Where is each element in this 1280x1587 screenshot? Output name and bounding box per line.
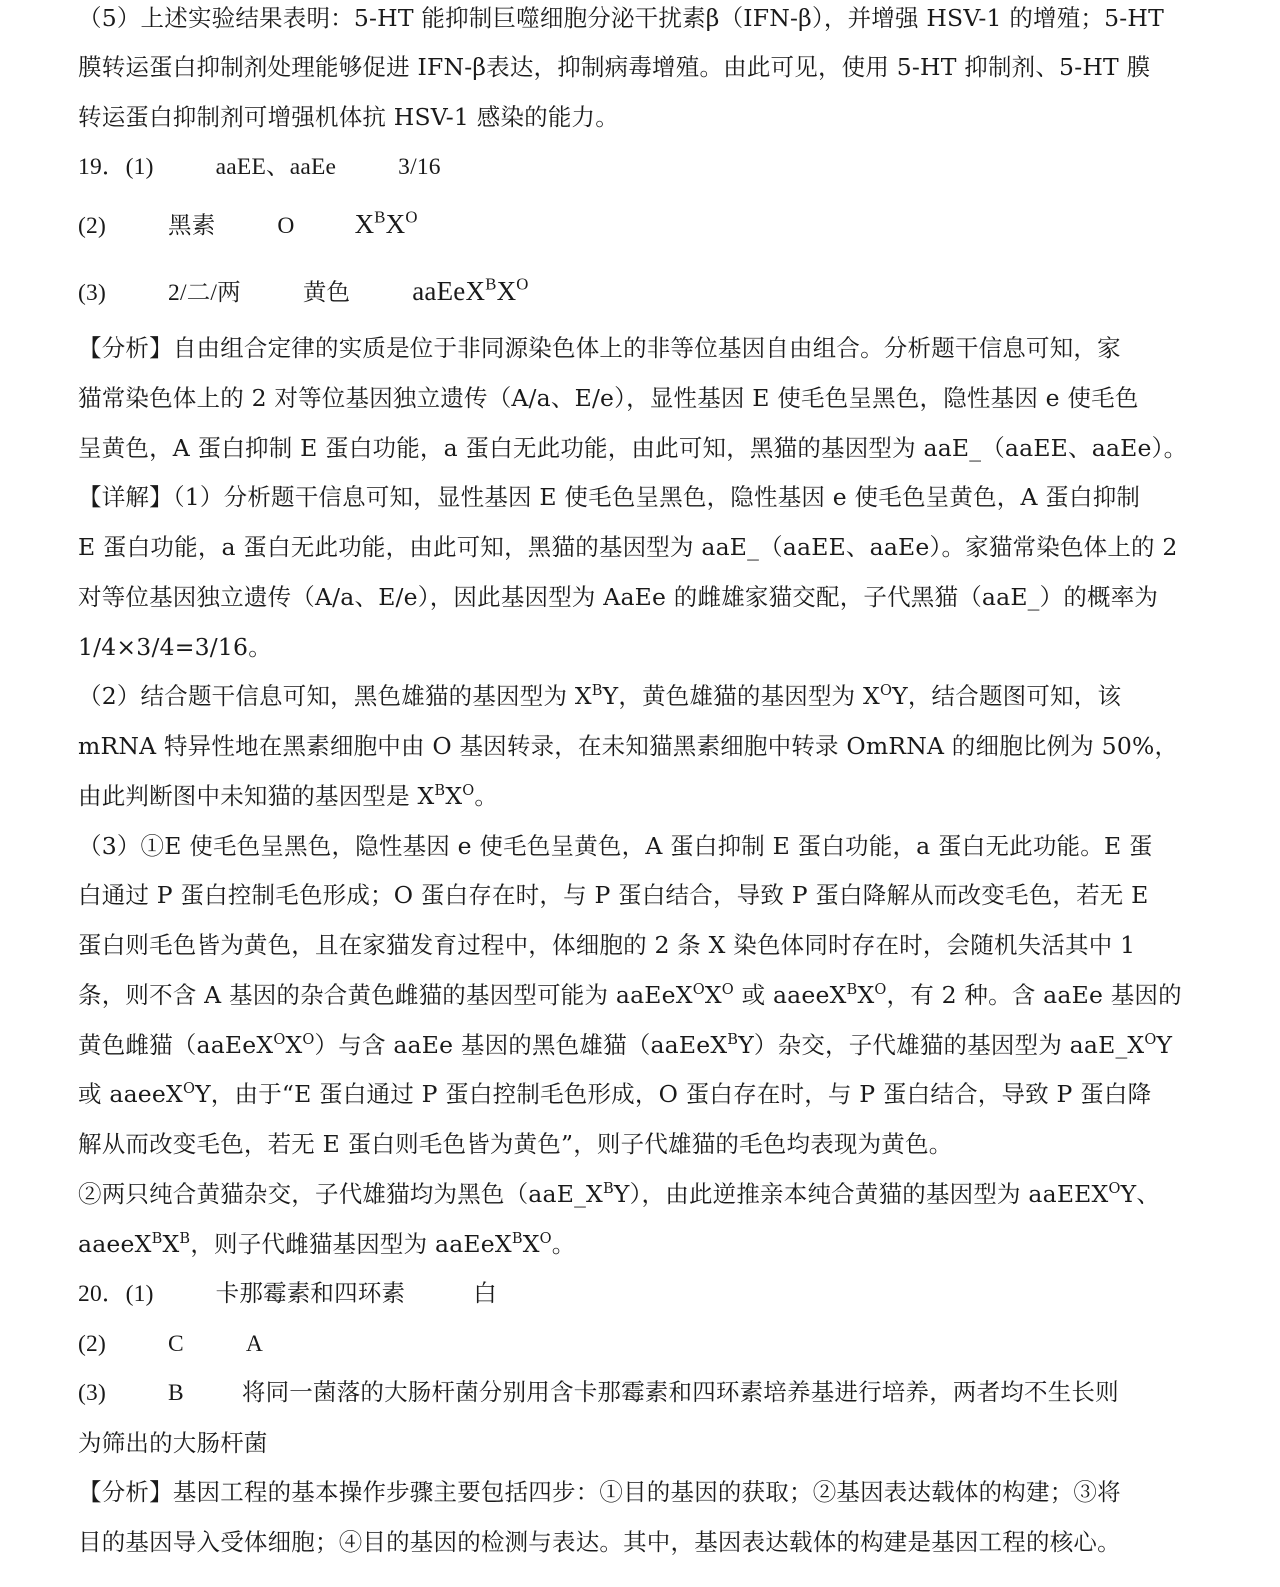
q19-detail-line-4: 1/4×3/4=3/16。 [78, 632, 1190, 662]
q19-1-ans-1: aaEE、aaEe [216, 154, 337, 180]
q19-detail-p2-line-2: mRNA 特异性地在黑素细胞中由 O 基因转录，在未知猫黑素细胞中转录 OmRN… [78, 731, 1190, 761]
q19-3-label: (3) [78, 280, 106, 306]
q19-detail-p3-line-5: 黄色雌猫（aaEeXOXO）与含 aaEe 基因的黑色雄猫（aaEeXBY）杂交… [78, 1030, 1190, 1060]
q19-detail-p3-line-6: 或 aaeeXOY，由于“E 蛋白通过 P 蛋白控制毛色形成，O 蛋白存在时，与… [78, 1079, 1190, 1109]
q19-detail-p3-line-7: 解从而改变毛色，若无 E 蛋白则毛色皆为黄色”，则子代雄猫的毛色均表现为黄色。 [78, 1129, 1190, 1159]
q19-detail-p4-line-2: aaeeXBXB，则子代雌猫基因型为 aaEeXBXO。 [78, 1229, 1190, 1259]
q20-answer-3-cont: 为筛出的大肠杆菌 [78, 1428, 1190, 1458]
document-page: （5）上述实验结果表明：5-HT 能抑制巨噬细胞分泌干扰素β（IFN-β），并增… [0, 0, 1280, 1587]
q19-detail-p3-line-4: 条，则不含 A 基因的杂合黄色雌猫的基因型可能为 aaEeXOXO 或 aaee… [78, 980, 1190, 1010]
q19-detail-line-2: E 蛋白功能，a 蛋白无此功能，由此可知，黑猫的基因型为 aaE_（aaEE、a… [78, 532, 1190, 562]
q19-analysis-line-2: 猫常染色体上的 2 对等位基因独立遗传（A/a、E/e），显性基因 E 使毛色呈… [78, 383, 1190, 413]
q19-3-ans-1: 2/二/两 [168, 280, 241, 306]
q20-answer-3: (3)B将同一菌落的大肠杆菌分别用含卡那霉素和四环素培养基进行培养，两者均不生长… [78, 1378, 1190, 1408]
q19-answer-3: (3)2/二/两黄色aaEeXBXO [78, 276, 1190, 308]
q19-2-label: (2) [78, 213, 106, 239]
q19-analysis-line-1: 【分析】自由组合定律的实质是位于非同源染色体上的非等位基因自由组合。分析题干信息… [78, 333, 1190, 363]
q19-answer-1: 19．(1)aaEE、aaEe3/16 [78, 152, 1190, 182]
q19-detail-p3-line-2: 白通过 P 蛋白控制毛色形成；O 蛋白存在时，与 P 蛋白结合，导致 P 蛋白降… [78, 880, 1190, 910]
q19-number: 19． [78, 154, 126, 180]
q19-analysis-line-3: 呈黄色，A 蛋白抑制 E 蛋白功能，a 蛋白无此功能，由此可知，黑猫的基因型为 … [78, 433, 1190, 463]
q19-3-genotype: aaEeXBXO [412, 276, 528, 306]
q19-detail-p3-line-1: （3）①E 使毛色呈黑色，隐性基因 e 使毛色呈黄色，A 蛋白抑制 E 蛋白功能… [78, 831, 1190, 861]
q19-detail-p2-line-1: （2）结合题干信息可知，黑色雄猫的基因型为 XBY，黄色雄猫的基因型为 XOY，… [78, 681, 1190, 711]
q19-2-ans-2: O [277, 213, 294, 239]
q20-analysis-line-2: 目的基因导入受体细胞；④目的基因的检测与表达。其中，基因表达载体的构建是基因工程… [78, 1527, 1190, 1557]
detail-tag: 【详解】 [78, 483, 173, 511]
q20-analysis-line-1: 【分析】基因工程的基本操作步骤主要包括四步：①目的基因的获取；②基因表达载体的构… [78, 1477, 1190, 1507]
q18-5-line-1: （5）上述实验结果表明：5-HT 能抑制巨噬细胞分泌干扰素β（IFN-β），并增… [78, 3, 1190, 33]
q19-3-ans-2: 黄色 [303, 280, 350, 306]
analysis-tag: 【分析】 [78, 334, 173, 362]
q19-2-ans-1: 黑素 [168, 213, 215, 239]
q19-answer-2: (2)黑素OXBXO [78, 209, 1190, 241]
q20-number: 20． [78, 1281, 126, 1307]
q19-detail-p3-line-3: 蛋白则毛色皆为黄色，且在家猫发育过程中，体细胞的 2 条 X 染色体同时存在时，… [78, 930, 1190, 960]
q18-5-line-2: 膜转运蛋白抑制剂处理能够促进 IFN-β表达，抑制病毒增殖。由此可见，使用 5-… [78, 52, 1190, 82]
q19-detail-line-3: 对等位基因独立遗传（A/a、E/e），因此基因型为 AaEe 的雌雄家猫交配，子… [78, 582, 1190, 612]
q19-2-genotype: XBXO [355, 209, 418, 239]
q19-detail-p2-line-3: 由此判断图中未知猫的基因型是 XBXO。 [78, 781, 1190, 811]
q19-1-ans-2: 3/16 [398, 154, 441, 180]
analysis-tag: 【分析】 [78, 1478, 173, 1506]
q19-detail-line-1: 【详解】（1）分析题干信息可知，显性基因 E 使毛色呈黑色，隐性基因 e 使毛色… [78, 482, 1190, 512]
q18-5-line-3: 转运蛋白抑制剂可增强机体抗 HSV-1 感染的能力。 [78, 102, 1190, 132]
q20-answer-1: 20．(1)卡那霉素和四环素白 [78, 1279, 1190, 1309]
q19-1-label: (1) [126, 154, 154, 180]
q20-answer-2: (2)CA [78, 1329, 1190, 1359]
q19-detail-p4-line-1: ②两只纯合黄猫杂交，子代雄猫均为黑色（aaE_XBY），由此逆推亲本纯合黄猫的基… [78, 1179, 1190, 1209]
